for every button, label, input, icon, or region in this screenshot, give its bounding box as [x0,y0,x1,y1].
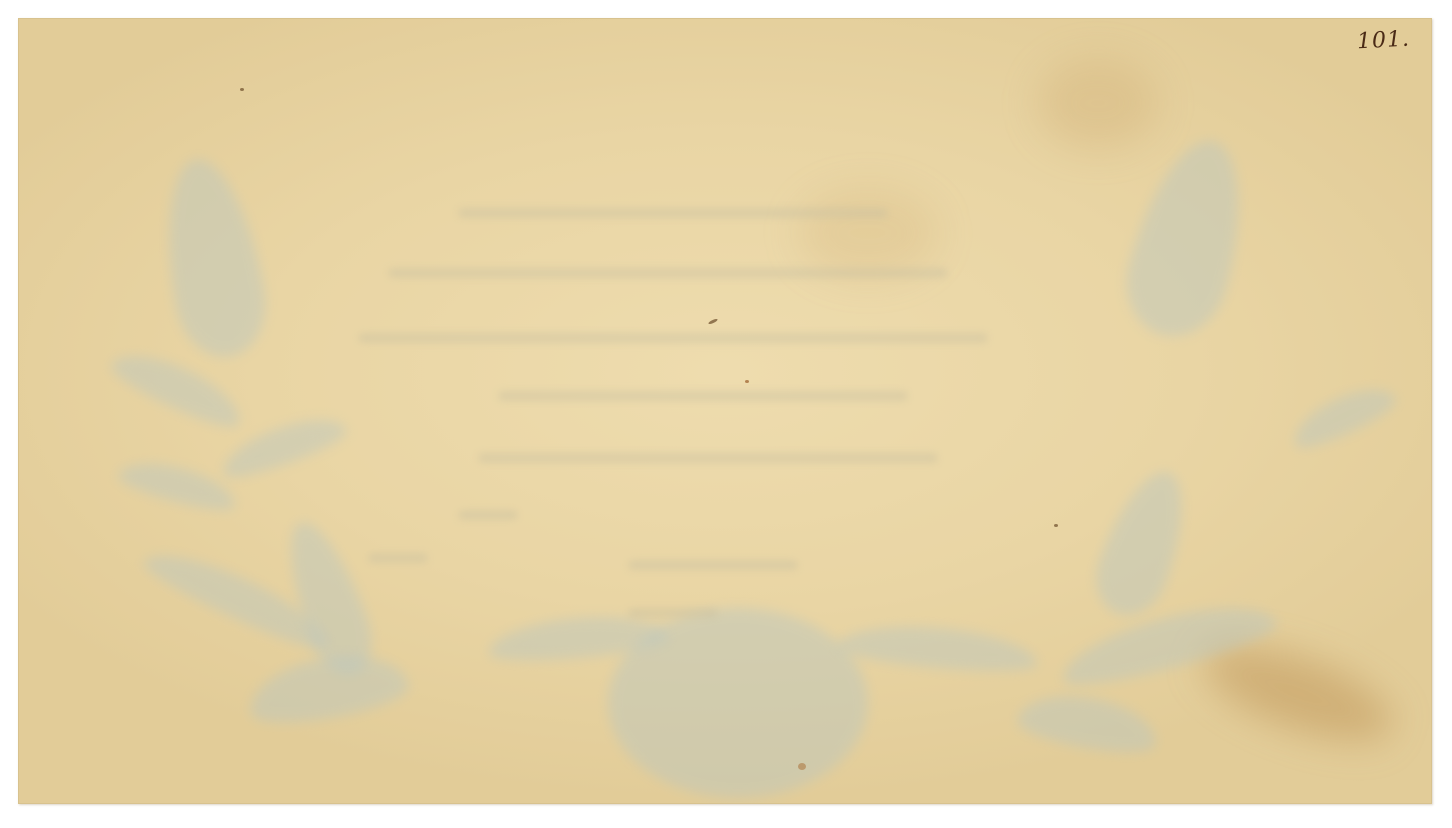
paper-speck [240,88,244,91]
age-stain [798,188,938,278]
paper-speck [708,318,718,325]
paper-speck [1054,524,1058,527]
card-back: 101. [18,18,1432,804]
paper-speck [798,763,806,770]
page-number: 101. [1356,27,1410,55]
age-stain [1038,58,1158,148]
paper-speck [745,380,749,383]
